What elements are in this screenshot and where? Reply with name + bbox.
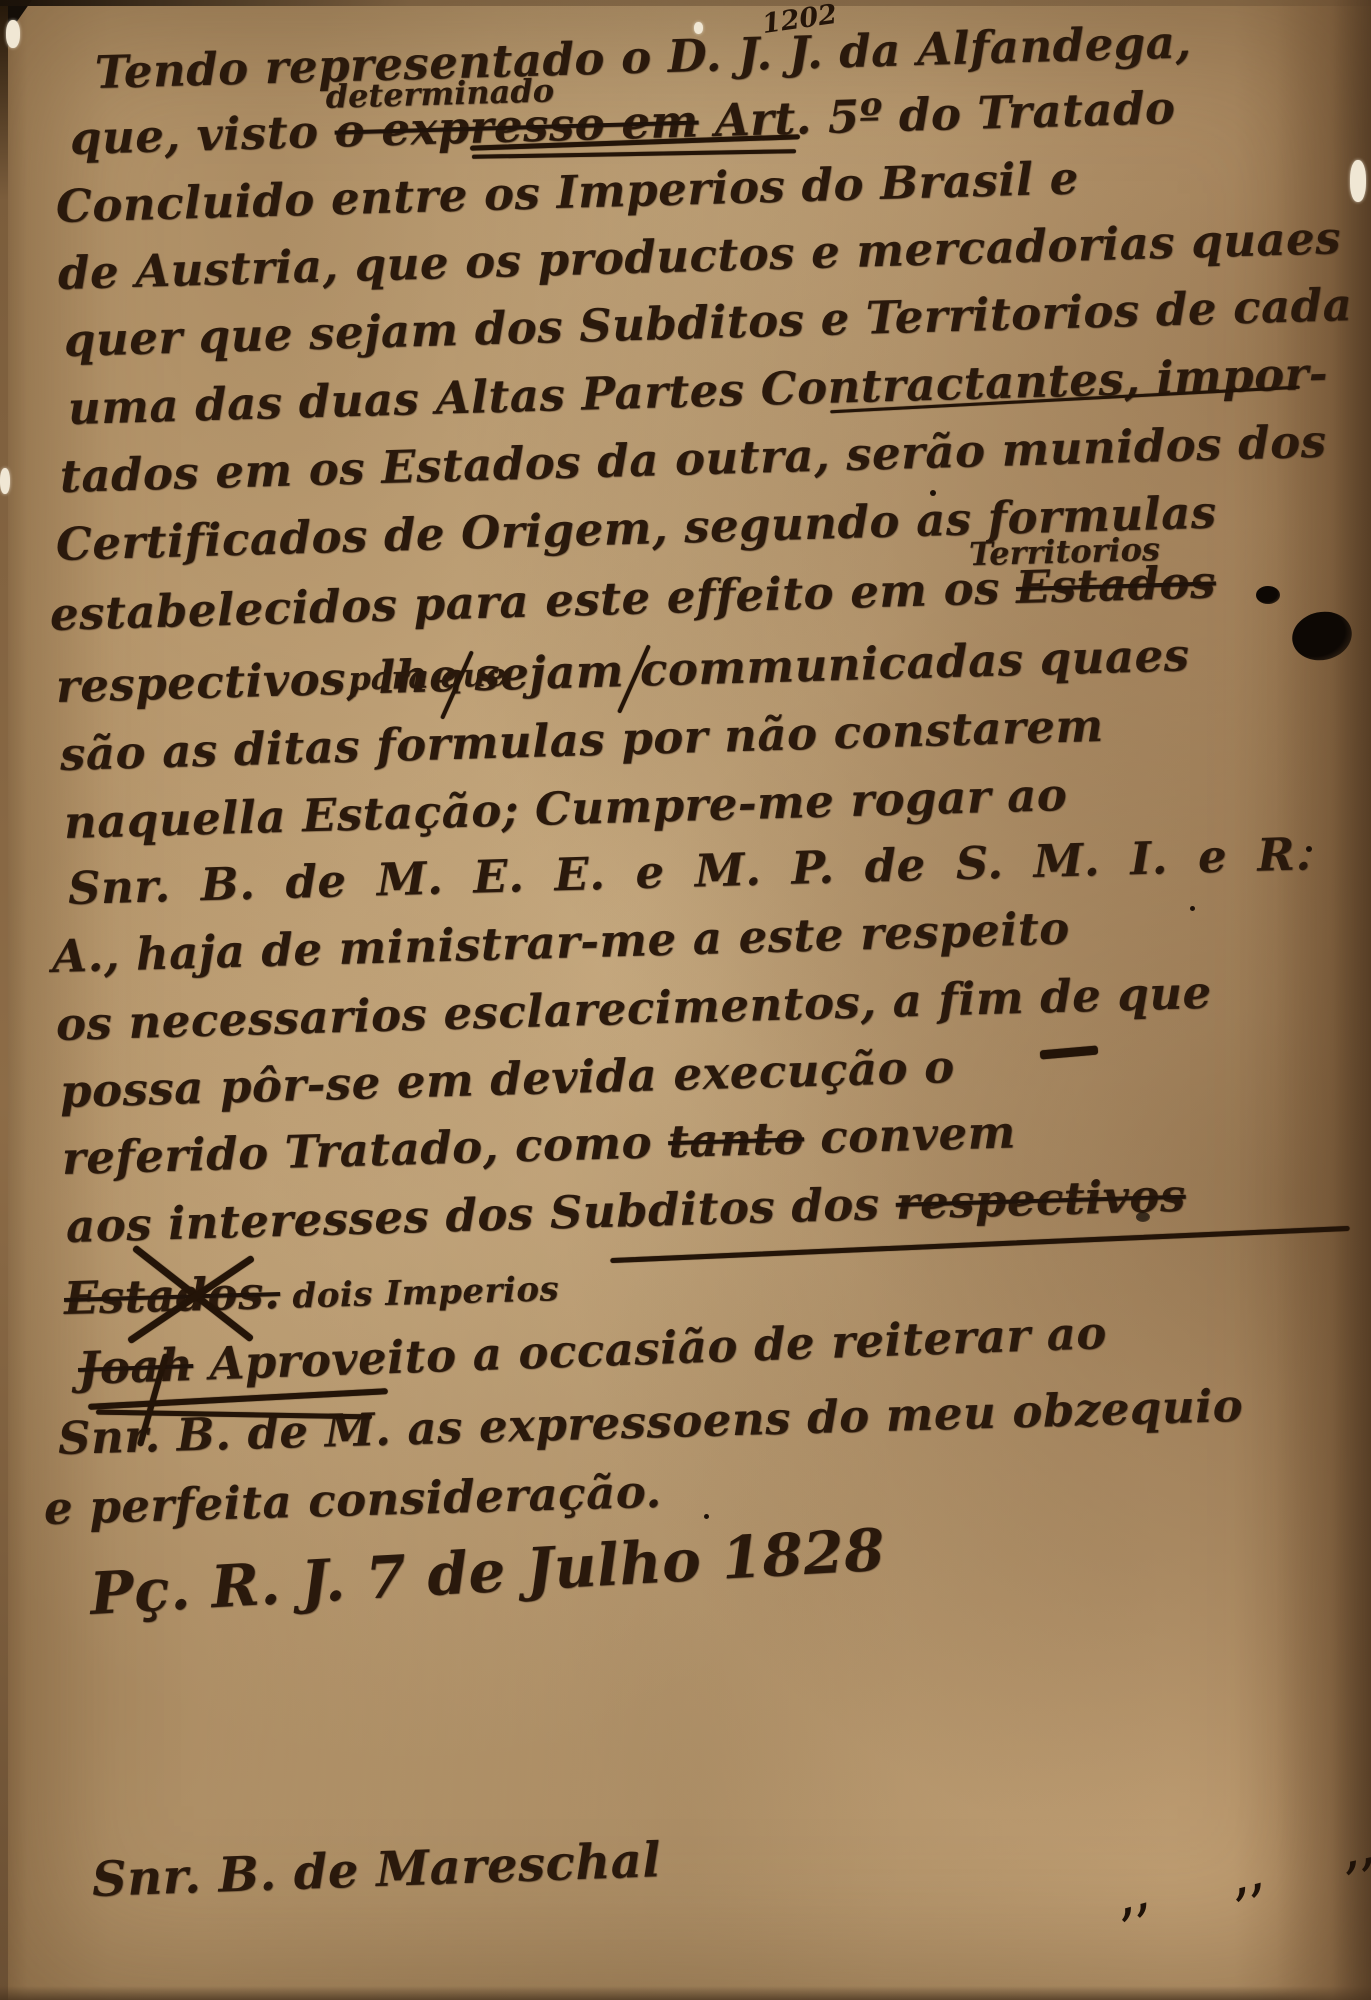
line-text: que, visto (69, 105, 335, 165)
line-text: referido Tratado, como (61, 1115, 669, 1185)
line-text: os necessarios esclarecimentos, a fim de… (55, 966, 1212, 1051)
line-text: e perfeita consideração. (43, 1465, 662, 1535)
manuscript-line: estabelecidos para este effeito em os Es… (49, 555, 1216, 641)
addressee-text: Snr. B. de Mareschal (91, 1832, 662, 1908)
manuscript-line: naquella Estação; Cumpre-me rogar ao (63, 768, 1068, 849)
date-line: Pç. R. J. 7 de Julho 1828 (88, 1516, 887, 1628)
underline-dash (1040, 1045, 1099, 1059)
ink-smudge (1136, 1212, 1150, 1222)
inserted-text: Territorios (969, 530, 1161, 573)
paper-edge-left (0, 0, 8, 2000)
ink-dot (930, 490, 936, 496)
manuscript-line: referido Tratado, como tanto convem (61, 1105, 1016, 1185)
paper-edge-bottom (0, 1986, 1371, 2000)
paper-edge-top (0, 0, 1371, 6)
addressee-line: Snr. B. de Mareschal (91, 1832, 662, 1908)
ink-dot (704, 1514, 709, 1519)
paper-chip (6, 20, 20, 48)
paper-chip (0, 468, 10, 494)
inserted-text: para que (348, 656, 507, 698)
line-text: convem (803, 1105, 1016, 1164)
line-text: possa pôr-se em devida execução o (59, 1040, 955, 1118)
margin-mark: ’’ (1115, 1893, 1161, 1954)
manuscript-line: Snr. B. de M. as expressoens do meu obze… (57, 1379, 1244, 1465)
inserted-text: dois Imperios (280, 1269, 560, 1317)
margin-mark-text: ’’ (1115, 1893, 1161, 1954)
line-text: respectivos, (55, 651, 379, 713)
line-text: Concluido entre os Imperios do Brasil e (55, 151, 1079, 233)
date-text: Pç. R. J. 7 de Julho 1828 (88, 1516, 887, 1628)
line-text: naquella Estação; Cumpre-me rogar ao (63, 768, 1068, 849)
inserted-text: determinado (325, 71, 554, 115)
line-text: Snr. B. de M. as expressoens do meu obze… (57, 1379, 1244, 1465)
line-text: aos interesses dos Subditos dos (65, 1177, 896, 1253)
manuscript-line: Estados. dois Imperios (63, 1258, 559, 1325)
paper-chip (1350, 160, 1366, 202)
line-text: A., haja de ministrar-me a este respeito (51, 902, 1070, 983)
manuscript-line: os necessarios esclarecimentos, a fim de… (55, 966, 1212, 1051)
manuscript-page: 1202 Tendo representado o D. J. J. da Al… (0, 0, 1371, 2000)
ink-dot (1190, 906, 1195, 911)
line-text: Aproveito a occasião de reiterar ao (192, 1306, 1107, 1391)
ink-blot (1256, 586, 1280, 604)
line-text: estabelecidos para este effeito em os (49, 561, 1016, 641)
manuscript-line: A., haja de ministrar-me a este respeito (51, 902, 1070, 983)
correction: EstadosTerritorios (1015, 555, 1216, 614)
margin-mark-text: ’’ (1230, 1873, 1275, 1933)
manuscript-line: Concluido entre os Imperios do Brasil e (55, 151, 1079, 233)
manuscript-line: são as ditas formulas por não constarem (59, 699, 1104, 781)
struck-text: tanto (667, 1111, 804, 1168)
line-text: são as ditas formulas por não constarem (59, 699, 1104, 781)
manuscript-line: e perfeita consideração. (43, 1465, 662, 1535)
ink-dot (1306, 846, 1312, 852)
struck-text: Joah (77, 1338, 194, 1395)
manuscript-line: possa pôr-se em devida execução o (59, 1040, 955, 1118)
margin-mark: ’’ (1230, 1873, 1275, 1933)
